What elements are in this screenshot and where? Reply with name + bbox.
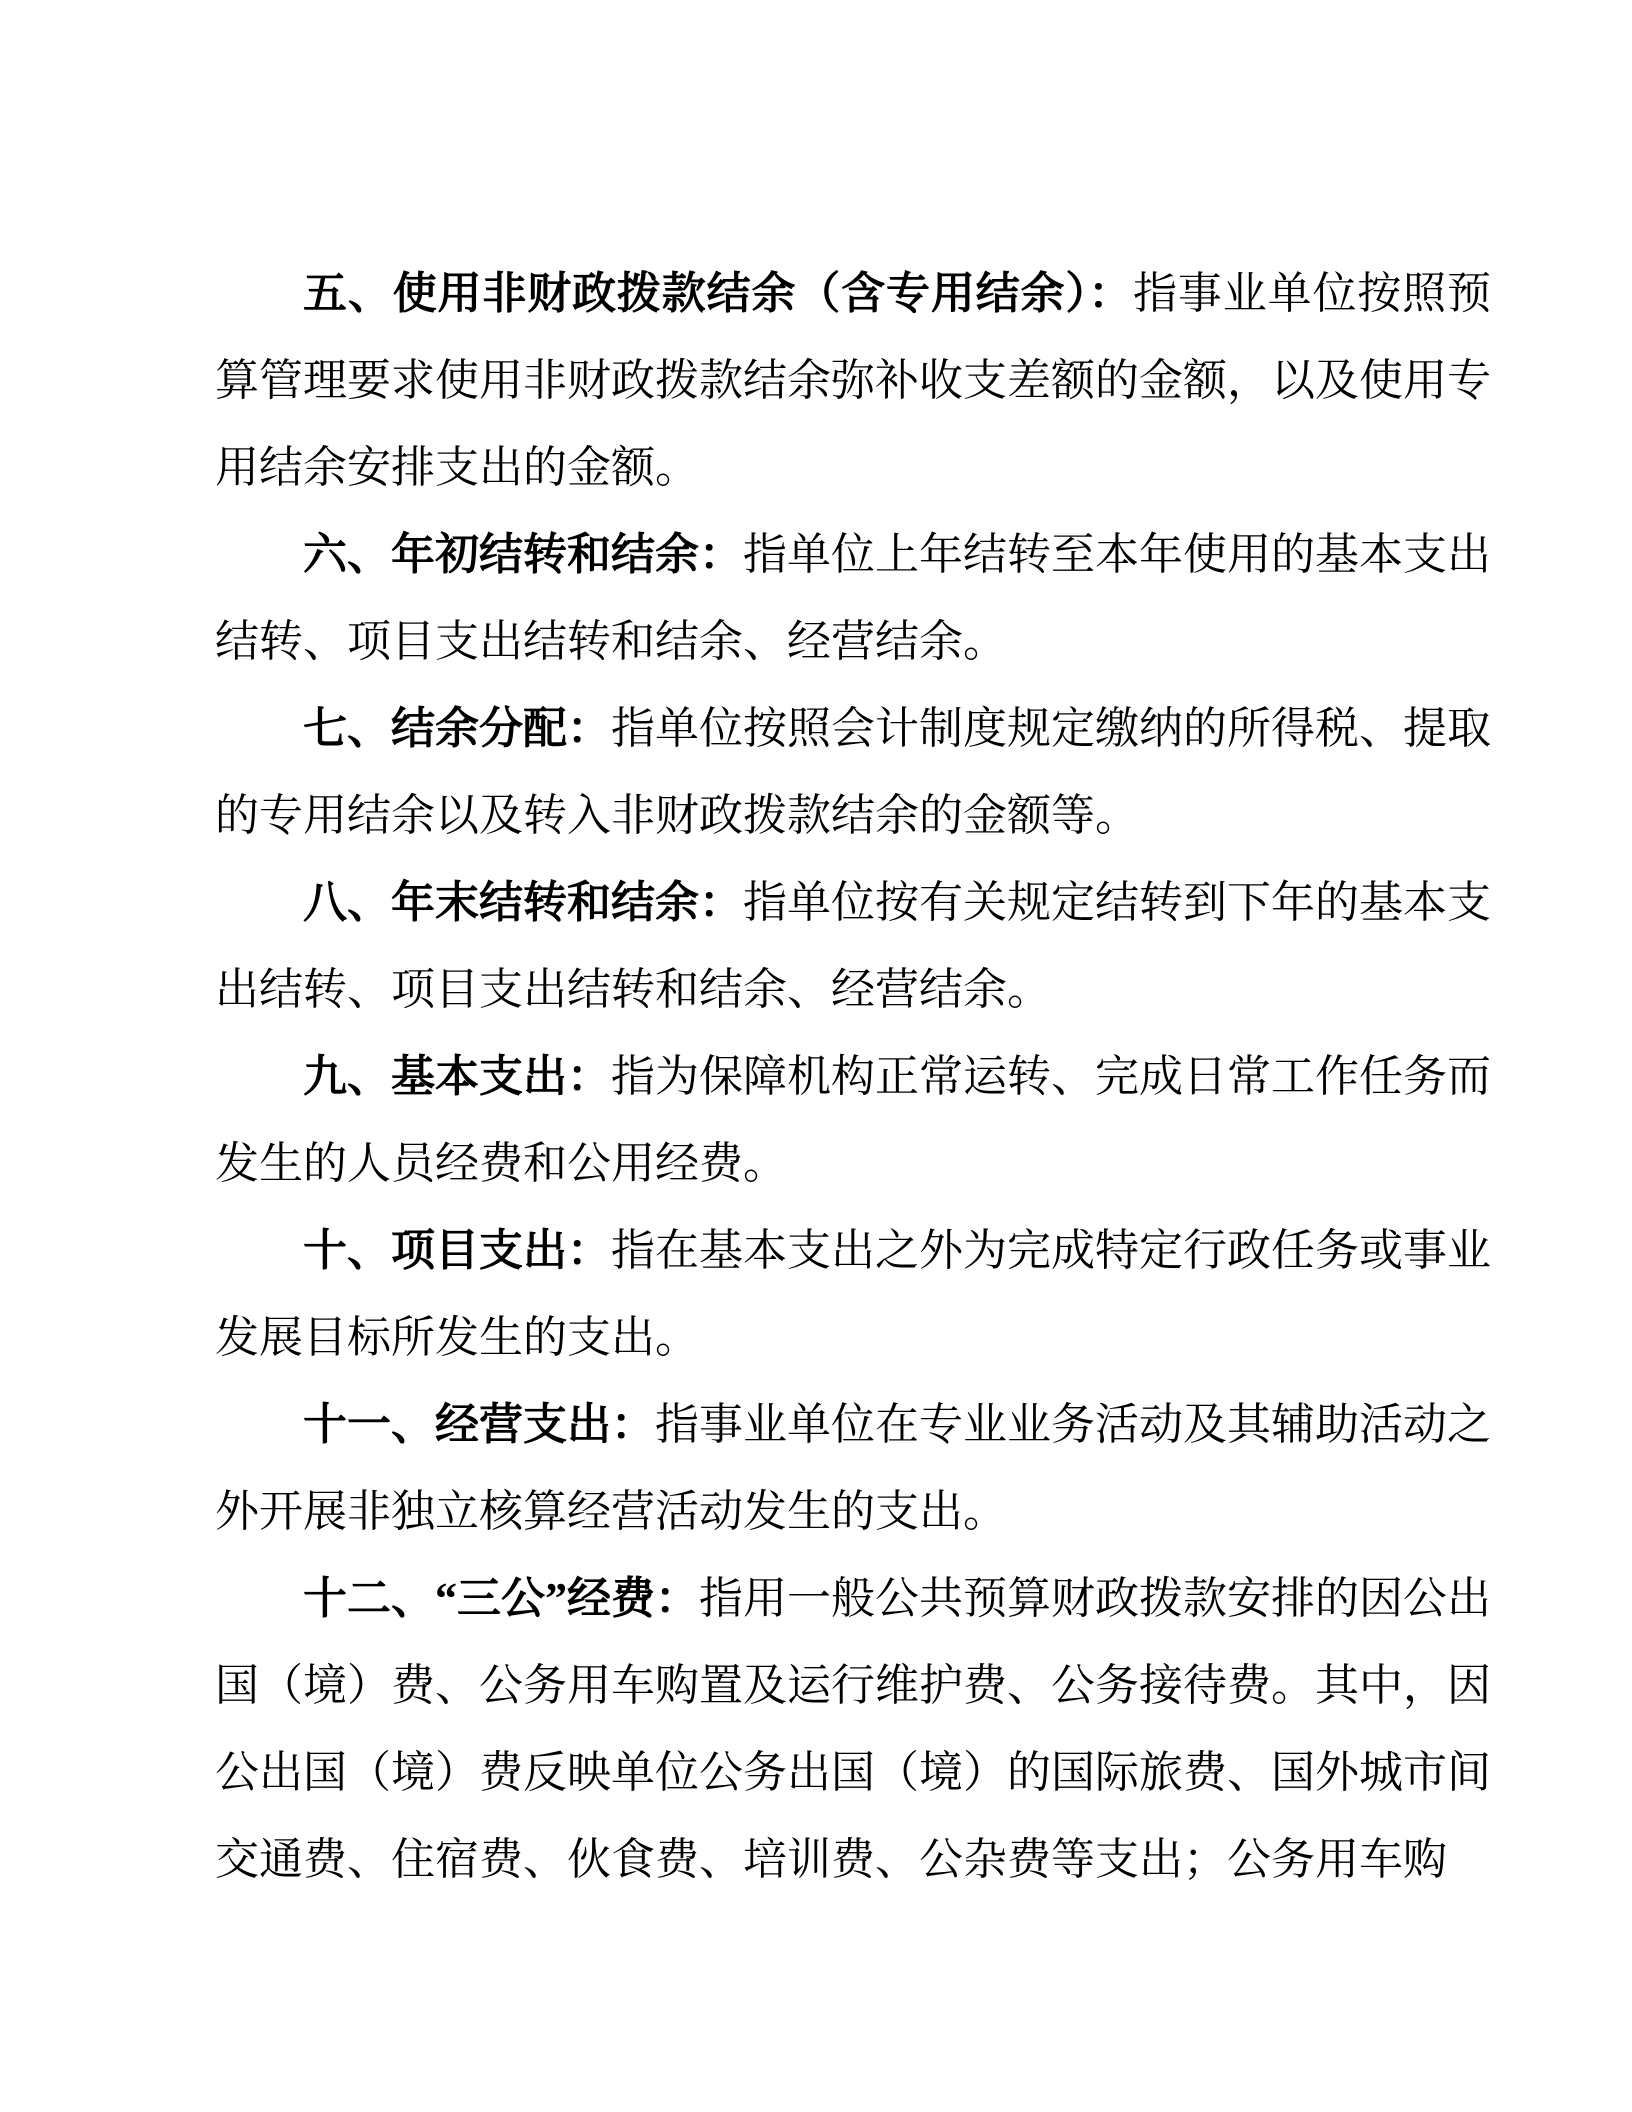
term-label-11: 十一、经营支出： [303, 1400, 655, 1449]
paragraph-item-11: 十一、经营支出：指事业单位在专业业务活动及其辅助活动之外开展非独立核算经营活动发… [215, 1381, 1491, 1555]
term-label-7: 七、结余分配： [303, 704, 611, 753]
paragraph-item-10: 十、项目支出：指在基本支出之外为完成特定行政任务或事业发展目标所发生的支出。 [215, 1207, 1491, 1381]
term-label-9: 九、基本支出： [303, 1052, 611, 1101]
term-label-6: 六、年初结转和结余： [303, 530, 743, 579]
document-page: { "page": { "background_color": "#ffffff… [0, 0, 1632, 2112]
paragraph-item-6: 六、年初结转和结余：指单位上年结转至本年使用的基本支出结转、项目支出结转和结余、… [215, 511, 1491, 685]
paragraph-item-8: 八、年末结转和结余：指单位按有关规定结转到下年的基本支出结转、项目支出结转和结余… [215, 859, 1491, 1033]
term-label-12: 十二、“三公”经费： [303, 1574, 699, 1623]
paragraph-item-9: 九、基本支出：指为保障机构正常运转、完成日常工作任务而发生的人员经费和公用经费。 [215, 1033, 1491, 1207]
term-label-10: 十、项目支出： [303, 1226, 611, 1275]
definitions-section: 五、使用非财政拨款结余（含专用结余）：指事业单位按照预算管理要求使用非财政拨款结… [215, 250, 1491, 1903]
paragraph-item-12: 十二、“三公”经费：指用一般公共预算财政拨款安排的因公出国（境）费、公务用车购置… [215, 1555, 1491, 1903]
paragraph-item-5: 五、使用非财政拨款结余（含专用结余）：指事业单位按照预算管理要求使用非财政拨款结… [215, 250, 1491, 511]
term-label-5: 五、使用非财政拨款结余（含专用结余）： [303, 269, 1133, 318]
paragraph-item-7: 七、结余分配：指单位按照会计制度规定缴纳的所得税、提取的专用结余以及转入非财政拨… [215, 685, 1491, 859]
term-label-8: 八、年末结转和结余： [303, 878, 743, 927]
